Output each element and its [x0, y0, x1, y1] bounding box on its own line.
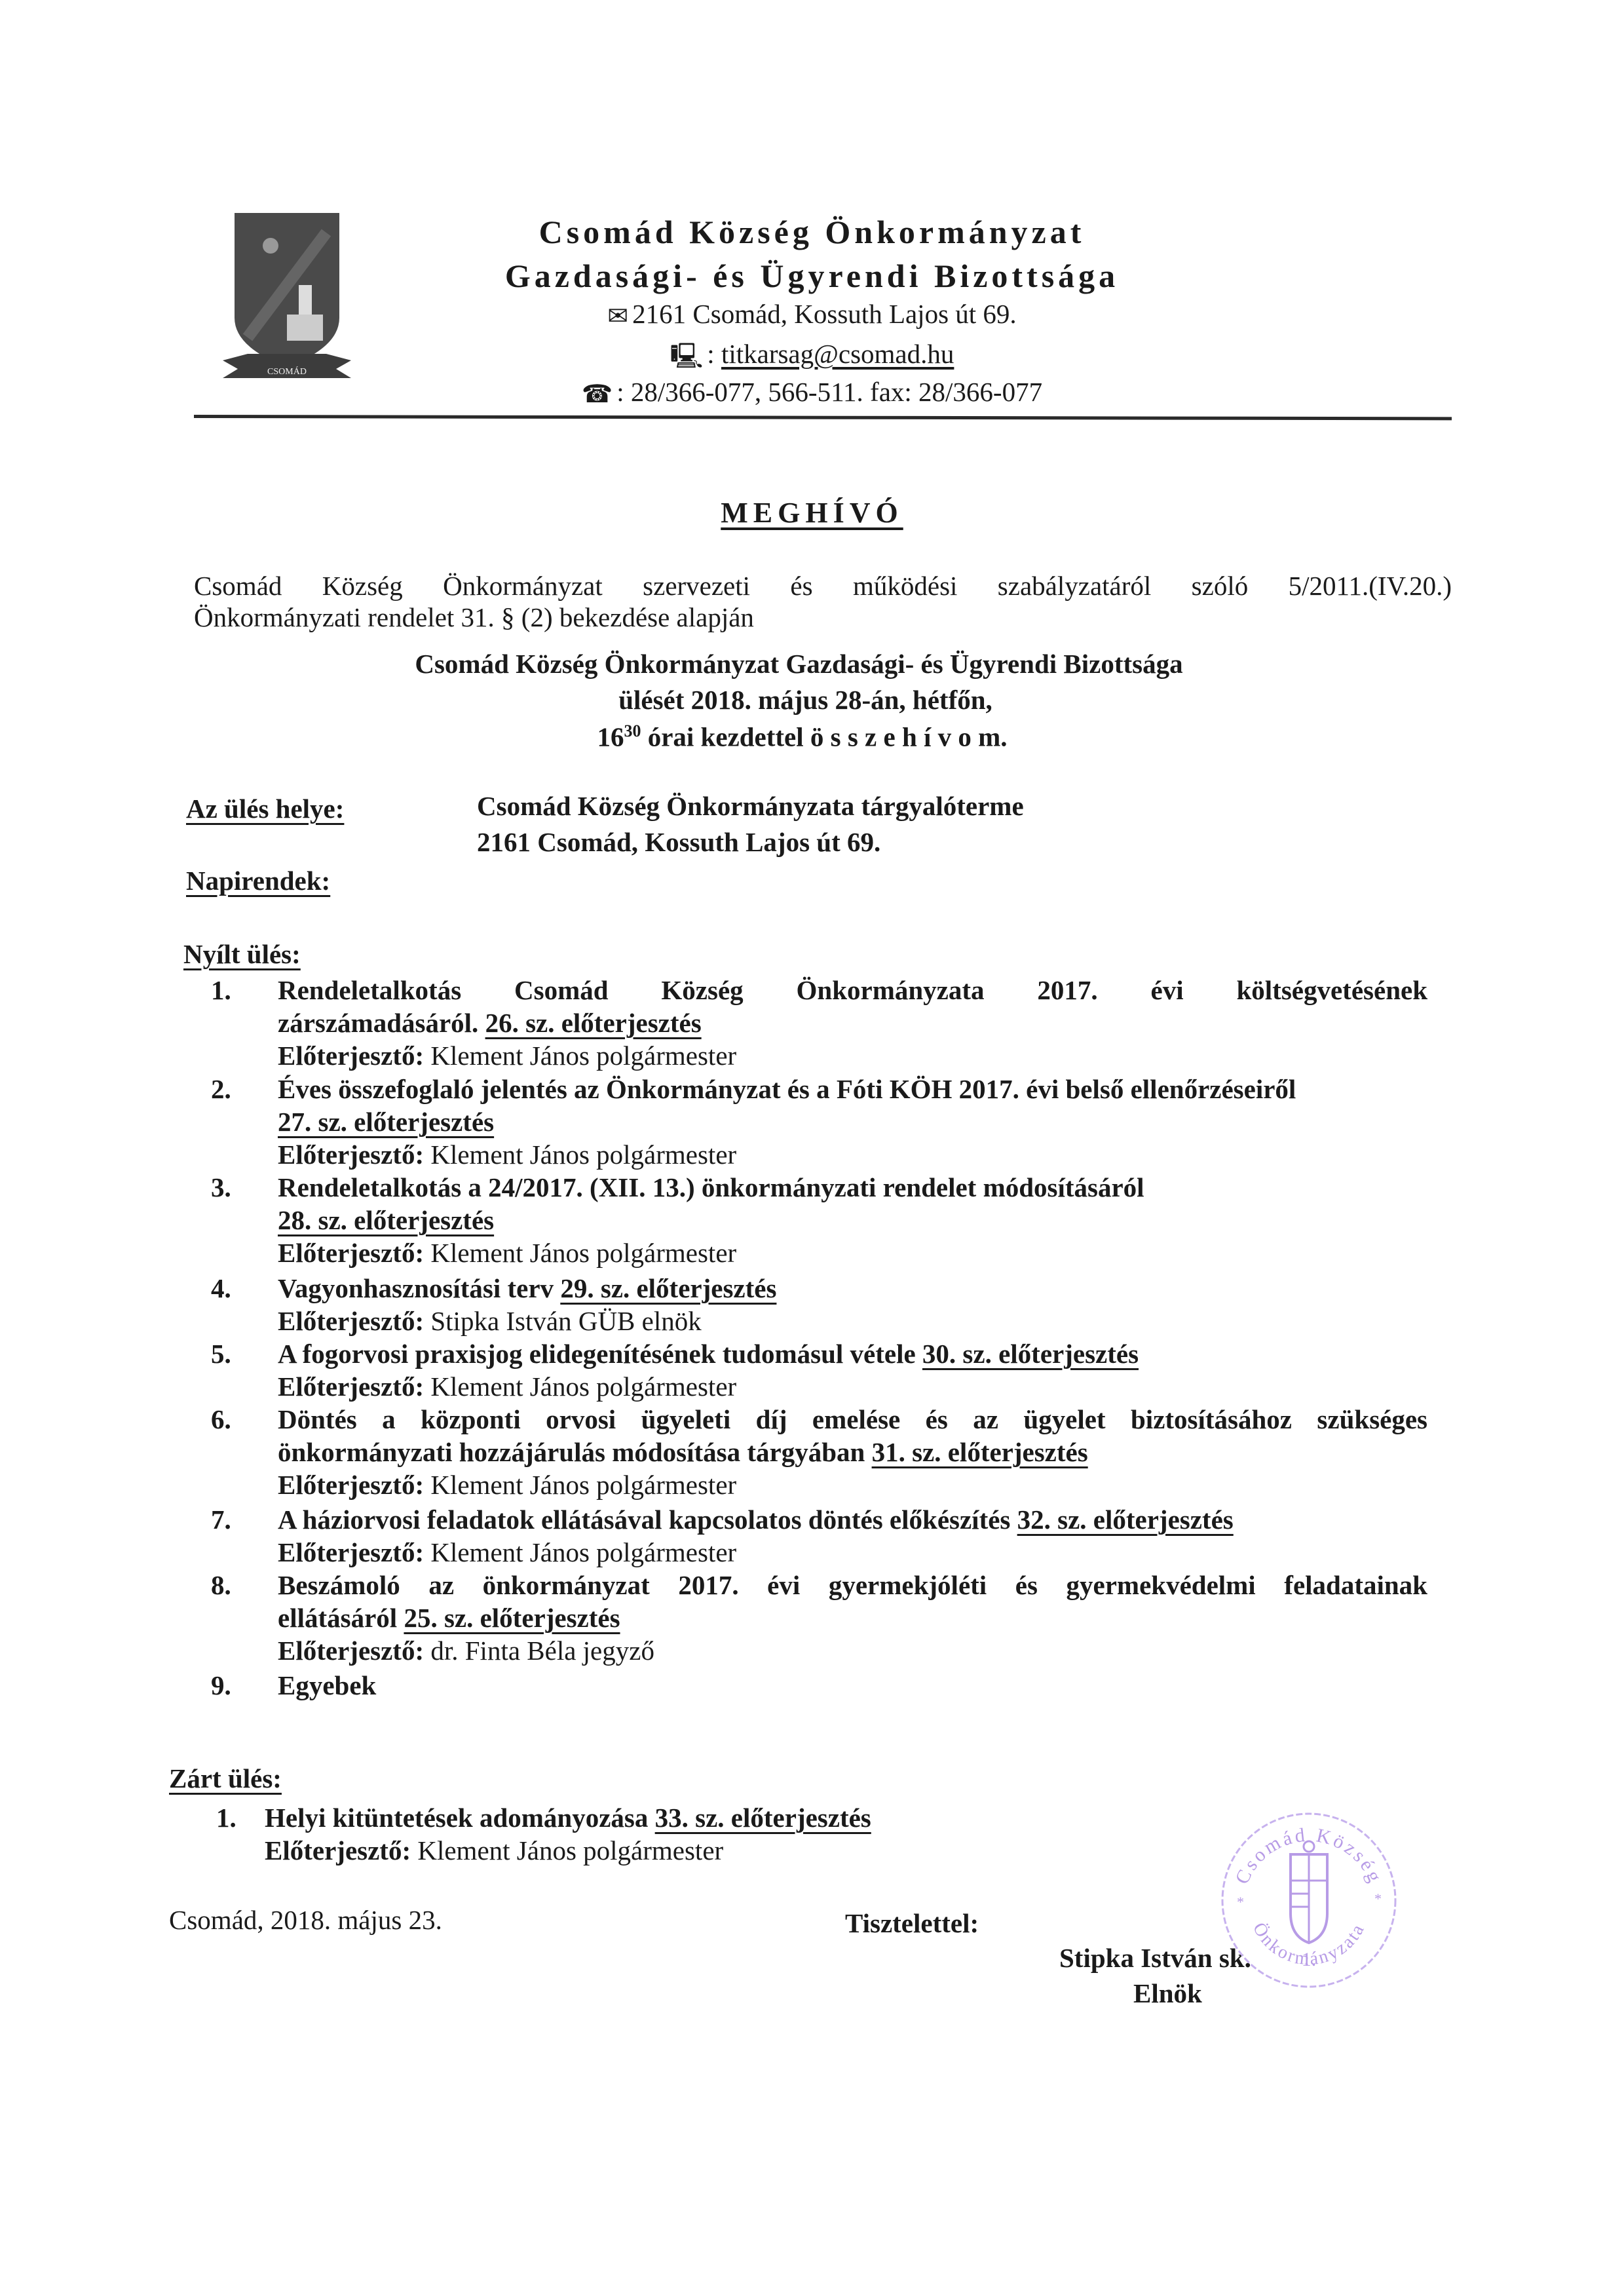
- venue-line-2: 2161 Csomád, Kossuth Lajos út 69.: [477, 829, 880, 856]
- agenda-item-presenter: Előterjesztő: Klement János polgármester: [278, 1040, 736, 1071]
- intro-line-1: Csomád Község Önkormányzat szervezeti és…: [194, 573, 1452, 600]
- agenda-item-number: 7.: [211, 1504, 231, 1535]
- presenter-name: Klement János polgármester: [430, 1371, 736, 1402]
- agenda-item-title: Rendeletalkotás Csomád Község Önkormányz…: [278, 974, 1427, 1006]
- email-line: 🖳: titkarsag@csomad.hu: [0, 341, 1624, 369]
- presenter-label: Előterjesztő:: [278, 1139, 424, 1170]
- venue-line-1: Csomád Község Önkormányzata tárgyalóterm…: [477, 793, 1024, 820]
- agenda-item-number: 3.: [211, 1172, 231, 1203]
- meeting-date: ülését 2018. május 28-án, hétfőn,: [0, 687, 1617, 714]
- presenter-label: Előterjesztő:: [265, 1835, 411, 1865]
- presenter-name: Stipka István GÜB elnök: [430, 1306, 701, 1336]
- agenda-item-presenter: Előterjesztő: Klement János polgármester: [278, 1537, 736, 1568]
- envelope-icon: ✉: [607, 304, 628, 329]
- agenda-item-title-cont: ellátásáról 25. sz. előterjesztés: [278, 1602, 620, 1634]
- presenter-name: dr. Finta Béla jegyző: [430, 1636, 654, 1666]
- agenda-label: Napirendek:: [186, 865, 330, 896]
- place-date: Csomád, 2018. május 23.: [169, 1907, 442, 1934]
- agenda-item-presenter: Előterjesztő: Stipka István GÜB elnök: [278, 1305, 702, 1337]
- official-stamp-icon: Csomád Község Önkormányzata * * 1.: [1217, 1808, 1401, 1992]
- proposal-reference-link[interactable]: 30. sz. előterjesztés: [922, 1339, 1139, 1369]
- presenter-label: Előterjesztő:: [278, 1636, 424, 1666]
- agenda-item-number: 4.: [211, 1272, 231, 1304]
- agenda-item-title: Rendeletalkotás a 24/2017. (XII. 13.) ön…: [278, 1172, 1144, 1203]
- presenter-name: Klement János polgármester: [430, 1238, 736, 1268]
- svg-text:*: *: [1237, 1894, 1244, 1910]
- presenter-label: Előterjesztő:: [278, 1306, 424, 1336]
- proposal-reference-link[interactable]: 29. sz. előterjesztés: [560, 1273, 776, 1303]
- agenda-item-title: A fogorvosi praxisjog elidegenítésének t…: [278, 1338, 1139, 1369]
- document-title: MEGHÍVÓ: [0, 496, 1624, 529]
- intro-committee: Csomád Község Önkormányzat Gazdasági- és…: [0, 651, 1611, 678]
- signer-title: Elnök: [1133, 1980, 1202, 2007]
- telephone-icon: ☎: [582, 382, 613, 407]
- phone-line: ☎: 28/366-077, 566-511. fax: 28/366-077: [0, 379, 1624, 407]
- agenda-item-number: 8.: [211, 1569, 231, 1601]
- presenter-name: Klement János polgármester: [430, 1139, 736, 1170]
- agenda-item-number: 1.: [211, 974, 231, 1006]
- presenter-label: Előterjesztő:: [278, 1470, 424, 1500]
- agenda-item-title: Egyebek: [278, 1670, 376, 1701]
- agenda-item-presenter: Előterjesztő: dr. Finta Béla jegyző: [278, 1635, 654, 1666]
- agenda-item-title-cont: önkormányzati hozzájárulás módosítása tá…: [278, 1436, 1088, 1468]
- agenda-item-presenter: Előterjesztő: Klement János polgármester: [278, 1469, 736, 1501]
- presenter-name: Klement János polgármester: [430, 1470, 736, 1500]
- agenda-item-title: Helyi kitüntetések adományozása 33. sz. …: [265, 1802, 871, 1833]
- presenter-label: Előterjesztő:: [278, 1371, 424, 1402]
- address: 2161 Csomád, Kossuth Lajos út 69.: [632, 299, 1017, 329]
- open-session-label: Nyílt ülés:: [183, 938, 301, 970]
- agenda-item-title: Döntés a központi orvosi ügyeleti díj em…: [278, 1404, 1427, 1435]
- letterhead-divider: [194, 415, 1452, 420]
- proposal-reference-link[interactable]: 33. sz. előterjesztés: [655, 1803, 871, 1833]
- phone-numbers: : 28/366-077, 566-511. fax: 28/366-077: [616, 377, 1042, 407]
- org-name: Csomád Község Önkormányzat: [0, 216, 1624, 248]
- proposal-reference-link[interactable]: 32. sz. előterjesztés: [1017, 1504, 1234, 1535]
- agenda-item-number: 1.: [216, 1802, 236, 1833]
- agenda-item-title: Éves összefoglaló jelentés az Önkormányz…: [278, 1073, 1296, 1105]
- proposal-reference-link[interactable]: 27. sz. előterjesztés: [278, 1107, 494, 1137]
- agenda-item-number: 6.: [211, 1404, 231, 1435]
- venue-label: Az ülés helye:: [186, 793, 344, 824]
- intro-line-2: Önkormányzati rendelet 31. § (2) bekezdé…: [194, 604, 754, 631]
- presenter-name: Klement János polgármester: [417, 1835, 723, 1865]
- svg-text:*: *: [1374, 1890, 1382, 1907]
- agenda-item-presenter: Előterjesztő: Klement János polgármester: [278, 1139, 736, 1170]
- closing-greeting: Tisztelettel:: [845, 1910, 979, 1937]
- closed-session-label: Zárt ülés:: [169, 1763, 282, 1794]
- presenter-label: Előterjesztő:: [278, 1537, 424, 1567]
- agenda-item-title: A háziorvosi feladatok ellátásával kapcs…: [278, 1504, 1234, 1535]
- agenda-item-title: Vagyonhasznosítási terv 29. sz. előterje…: [278, 1272, 776, 1304]
- agenda-item-title-cont: 28. sz. előterjesztés: [278, 1204, 494, 1236]
- proposal-reference-link[interactable]: 26. sz. előterjesztés: [485, 1008, 702, 1038]
- computer-icon: 🖳: [670, 344, 704, 369]
- svg-text:1.: 1.: [1302, 1949, 1317, 1970]
- agenda-item-presenter: Előterjesztő: Klement János polgármester: [265, 1835, 723, 1866]
- agenda-item-title-cont: 27. sz. előterjesztés: [278, 1106, 494, 1138]
- presenter-label: Előterjesztő:: [278, 1238, 424, 1268]
- proposal-reference-link[interactable]: 28. sz. előterjesztés: [278, 1205, 494, 1235]
- email-link[interactable]: titkarsag@csomad.hu: [721, 339, 954, 369]
- proposal-reference-link[interactable]: 31. sz. előterjesztés: [872, 1437, 1088, 1467]
- presenter-name: Klement János polgármester: [430, 1537, 736, 1567]
- agenda-item-presenter: Előterjesztő: Klement János polgármester: [278, 1237, 736, 1269]
- presenter-label: Előterjesztő:: [278, 1041, 424, 1071]
- address-line: ✉2161 Csomád, Kossuth Lajos út 69.: [0, 301, 1624, 329]
- agenda-item-number: 9.: [211, 1670, 231, 1701]
- agenda-item-title-cont: zárszámadásáról. 26. sz. előterjesztés: [278, 1007, 702, 1039]
- agenda-item-number: 5.: [211, 1338, 231, 1369]
- meeting-time: 1630 órai kezdettel ö s s z e h í v o m.: [0, 723, 1614, 751]
- presenter-name: Klement János polgármester: [430, 1041, 736, 1071]
- agenda-item-number: 2.: [211, 1073, 231, 1105]
- agenda-item-title: Beszámoló az önkormányzat 2017. évi gyer…: [278, 1569, 1427, 1601]
- agenda-item-presenter: Előterjesztő: Klement János polgármester: [278, 1371, 736, 1402]
- proposal-reference-link[interactable]: 25. sz. előterjesztés: [404, 1603, 620, 1633]
- committee-name: Gazdasági- és Ügyrendi Bizottsága: [0, 259, 1624, 292]
